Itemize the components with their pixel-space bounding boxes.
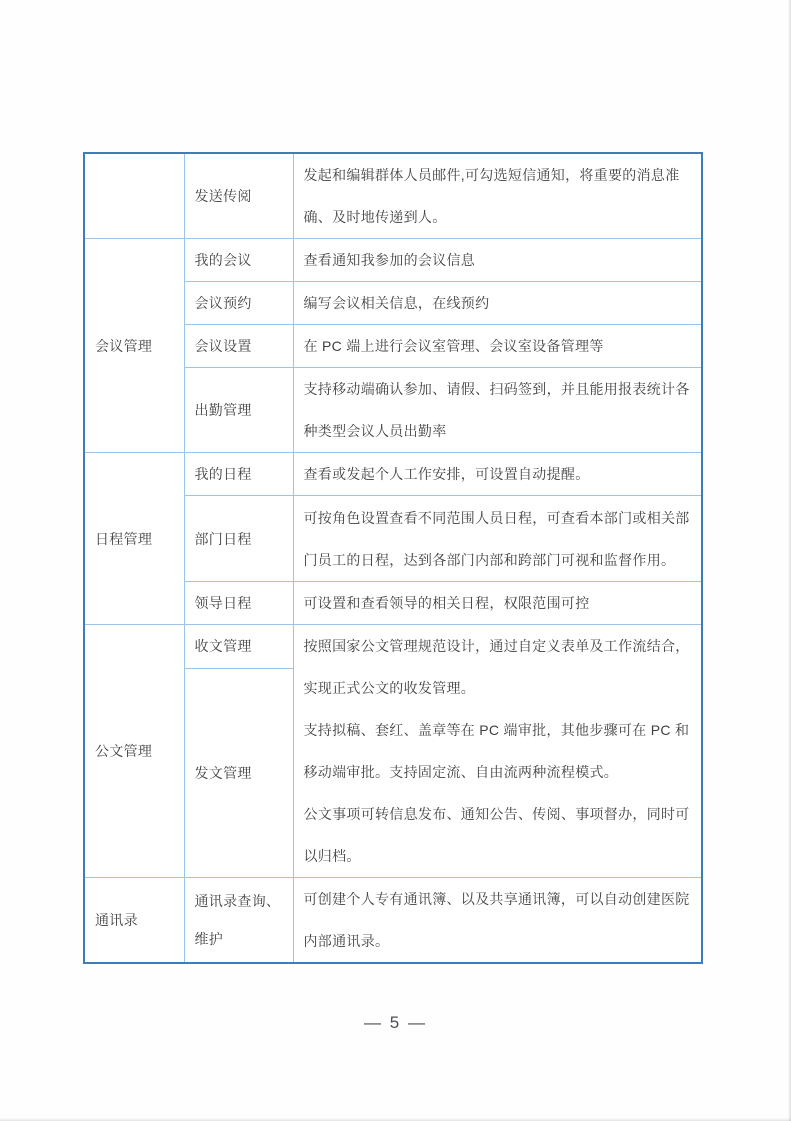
feature-table: 发送传阅 发起和编辑群体人员邮件,可勾选短信通知，将重要的消息准确、及时地传递到… bbox=[83, 152, 703, 964]
feature-cell: 发送传阅 bbox=[184, 153, 293, 239]
feature-cell: 会议设置 bbox=[184, 325, 293, 368]
description-cell: 可设置和查看领导的相关日程，权限范围可控 bbox=[293, 582, 702, 625]
feature-cell: 出勤管理 bbox=[184, 368, 293, 453]
description-cell: 查看或发起个人工作安排，可设置自动提醒。 bbox=[293, 453, 702, 496]
category-cell: 通讯录 bbox=[84, 878, 184, 964]
category-cell: 公文管理 bbox=[84, 625, 184, 878]
description-cell: 支持移动端确认参加、请假、扫码签到，并且能用报表统计各种类型会议人员出勤率 bbox=[293, 368, 702, 453]
feature-cell: 部门日程 bbox=[184, 496, 293, 582]
table-row: 会议管理 我的会议 查看通知我参加的会议信息 bbox=[84, 239, 702, 282]
table-row: 通讯录 通讯录查询、维护 可创建个人专有通讯簿、以及共享通讯簿，可以自动创建医院… bbox=[84, 878, 702, 964]
description-paragraph: 公文事项可转信息发布、通知公告、传阅、事项督办，同时可以归档。 bbox=[304, 793, 696, 877]
table-row: 公文管理 收文管理 按照国家公文管理规范设计，通过自定义表单及工作流结合，实现正… bbox=[84, 625, 702, 669]
description-cell: 可按角色设置查看不同范围人员日程，可查看本部门或相关部门员工的日程，达到各部门内… bbox=[293, 496, 702, 582]
page-number: — 5 — bbox=[0, 1013, 791, 1033]
description-cell: 编写会议相关信息，在线预约 bbox=[293, 282, 702, 325]
feature-cell: 领导日程 bbox=[184, 582, 293, 625]
description-paragraph: 支持拟稿、套红、盖章等在 PC 端审批，其他步骤可在 PC 和移动端审批。支持固… bbox=[304, 709, 696, 793]
feature-cell: 收文管理 bbox=[184, 625, 293, 669]
category-cell bbox=[84, 153, 184, 239]
document-page: 发送传阅 发起和编辑群体人员邮件,可勾选短信通知，将重要的消息准确、及时地传递到… bbox=[0, 0, 791, 1121]
description-cell: 发起和编辑群体人员邮件,可勾选短信通知，将重要的消息准确、及时地传递到人。 bbox=[293, 153, 702, 239]
description-cell: 按照国家公文管理规范设计，通过自定义表单及工作流结合，实现正式公文的收发管理。 … bbox=[293, 625, 702, 878]
description-cell: 查看通知我参加的会议信息 bbox=[293, 239, 702, 282]
description-cell: 可创建个人专有通讯簿、以及共享通讯簿，可以自动创建医院内部通讯录。 bbox=[293, 878, 702, 964]
category-cell: 会议管理 bbox=[84, 239, 184, 453]
feature-cell: 会议预约 bbox=[184, 282, 293, 325]
category-cell: 日程管理 bbox=[84, 453, 184, 625]
feature-cell: 我的日程 bbox=[184, 453, 293, 496]
feature-cell: 通讯录查询、维护 bbox=[184, 878, 293, 964]
description-paragraph: 按照国家公文管理规范设计，通过自定义表单及工作流结合，实现正式公文的收发管理。 bbox=[304, 625, 696, 709]
table-row: 发送传阅 发起和编辑群体人员邮件,可勾选短信通知，将重要的消息准确、及时地传递到… bbox=[84, 153, 702, 239]
description-cell: 在 PC 端上进行会议室管理、会议室设备管理等 bbox=[293, 325, 702, 368]
feature-cell: 我的会议 bbox=[184, 239, 293, 282]
feature-cell: 发文管理 bbox=[184, 668, 293, 877]
table-row: 日程管理 我的日程 查看或发起个人工作安排，可设置自动提醒。 bbox=[84, 453, 702, 496]
